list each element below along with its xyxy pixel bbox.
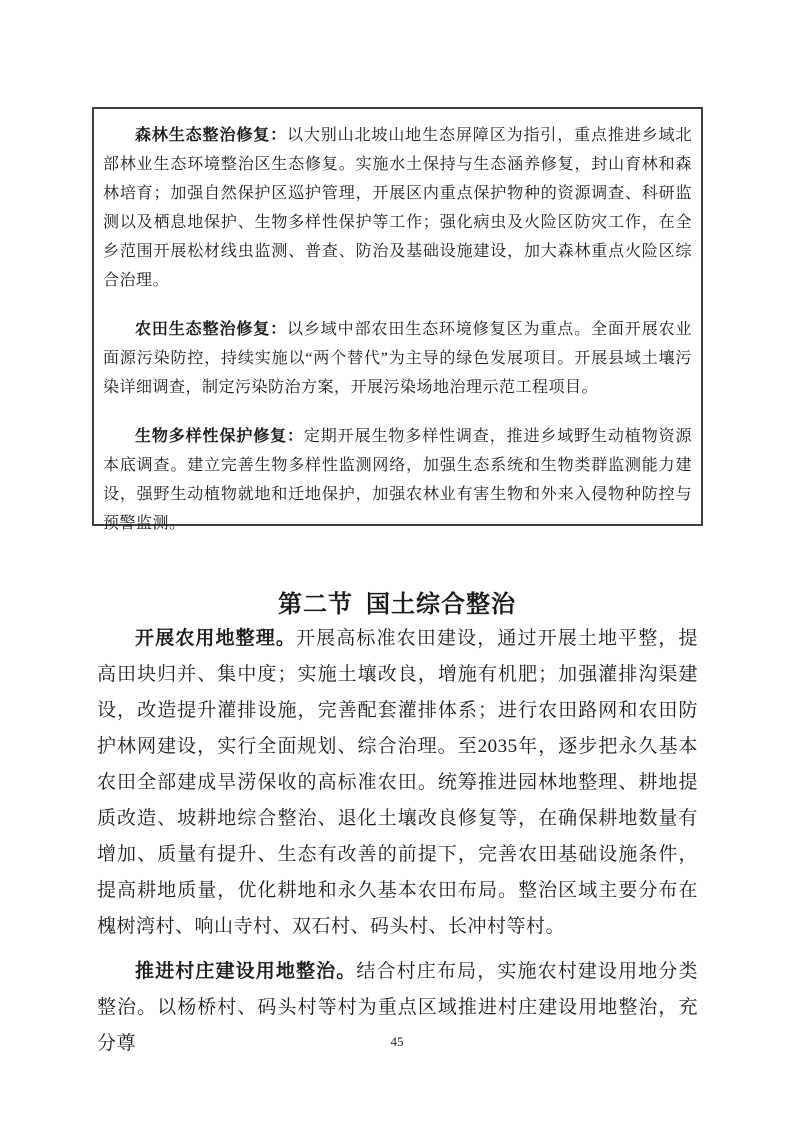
- paragraph-text: 开展高标准农田建设，通过开展土地平整，提高田块归并、集中度；实施土壤改良，增施有…: [97, 628, 698, 937]
- paragraph-forest-restoration: 森林生态整治修复：以大别山北坡山地生态屏障区为指引，重点推进乡域北部林业生态环境…: [103, 121, 692, 295]
- paragraph-lead: 推进村庄建设用地整治。: [135, 961, 356, 982]
- paragraph-lead: 森林生态整治修复：: [135, 127, 287, 144]
- document-page: 森林生态整治修复：以大别山北坡山地生态屏障区为指引，重点推进乡域北部林业生态环境…: [0, 0, 794, 1122]
- paragraph-text: 以大别山北坡山地生态屏障区为指引，重点推进乡域北部林业生态环境整治区生态修复。实…: [103, 127, 692, 289]
- section-heading: 第二节 国土综合整治: [0, 584, 794, 619]
- paragraph-lead: 开展农用地整理。: [135, 628, 296, 649]
- paragraph-lead: 农田生态整治修复：: [135, 321, 287, 338]
- paragraph-farmland-consolidation: 开展农用地整理。开展高标准农田建设，通过开展土地平整，提高田块归并、集中度；实施…: [97, 621, 698, 945]
- ecological-restoration-box: 森林生态整治修复：以大别山北坡山地生态屏障区为指引，重点推进乡域北部林业生态环境…: [92, 107, 703, 526]
- paragraph-lead: 生物多样性保护修复：: [135, 428, 304, 445]
- page-number: 45: [0, 1034, 794, 1050]
- paragraph-biodiversity-restoration: 生物多样性保护修复：定期开展生物多样性调查，推进乡域野生动植物资源本底调查。建立…: [103, 422, 692, 538]
- paragraph-farmland-restoration: 农田生态整治修复：以乡域中部农田生态环境修复区为重点。全面开展农业面源污染防控，…: [103, 315, 692, 402]
- section-body: 开展农用地整理。开展高标准农田建设，通过开展土地平整，提高田块归并、集中度；实施…: [97, 621, 698, 1071]
